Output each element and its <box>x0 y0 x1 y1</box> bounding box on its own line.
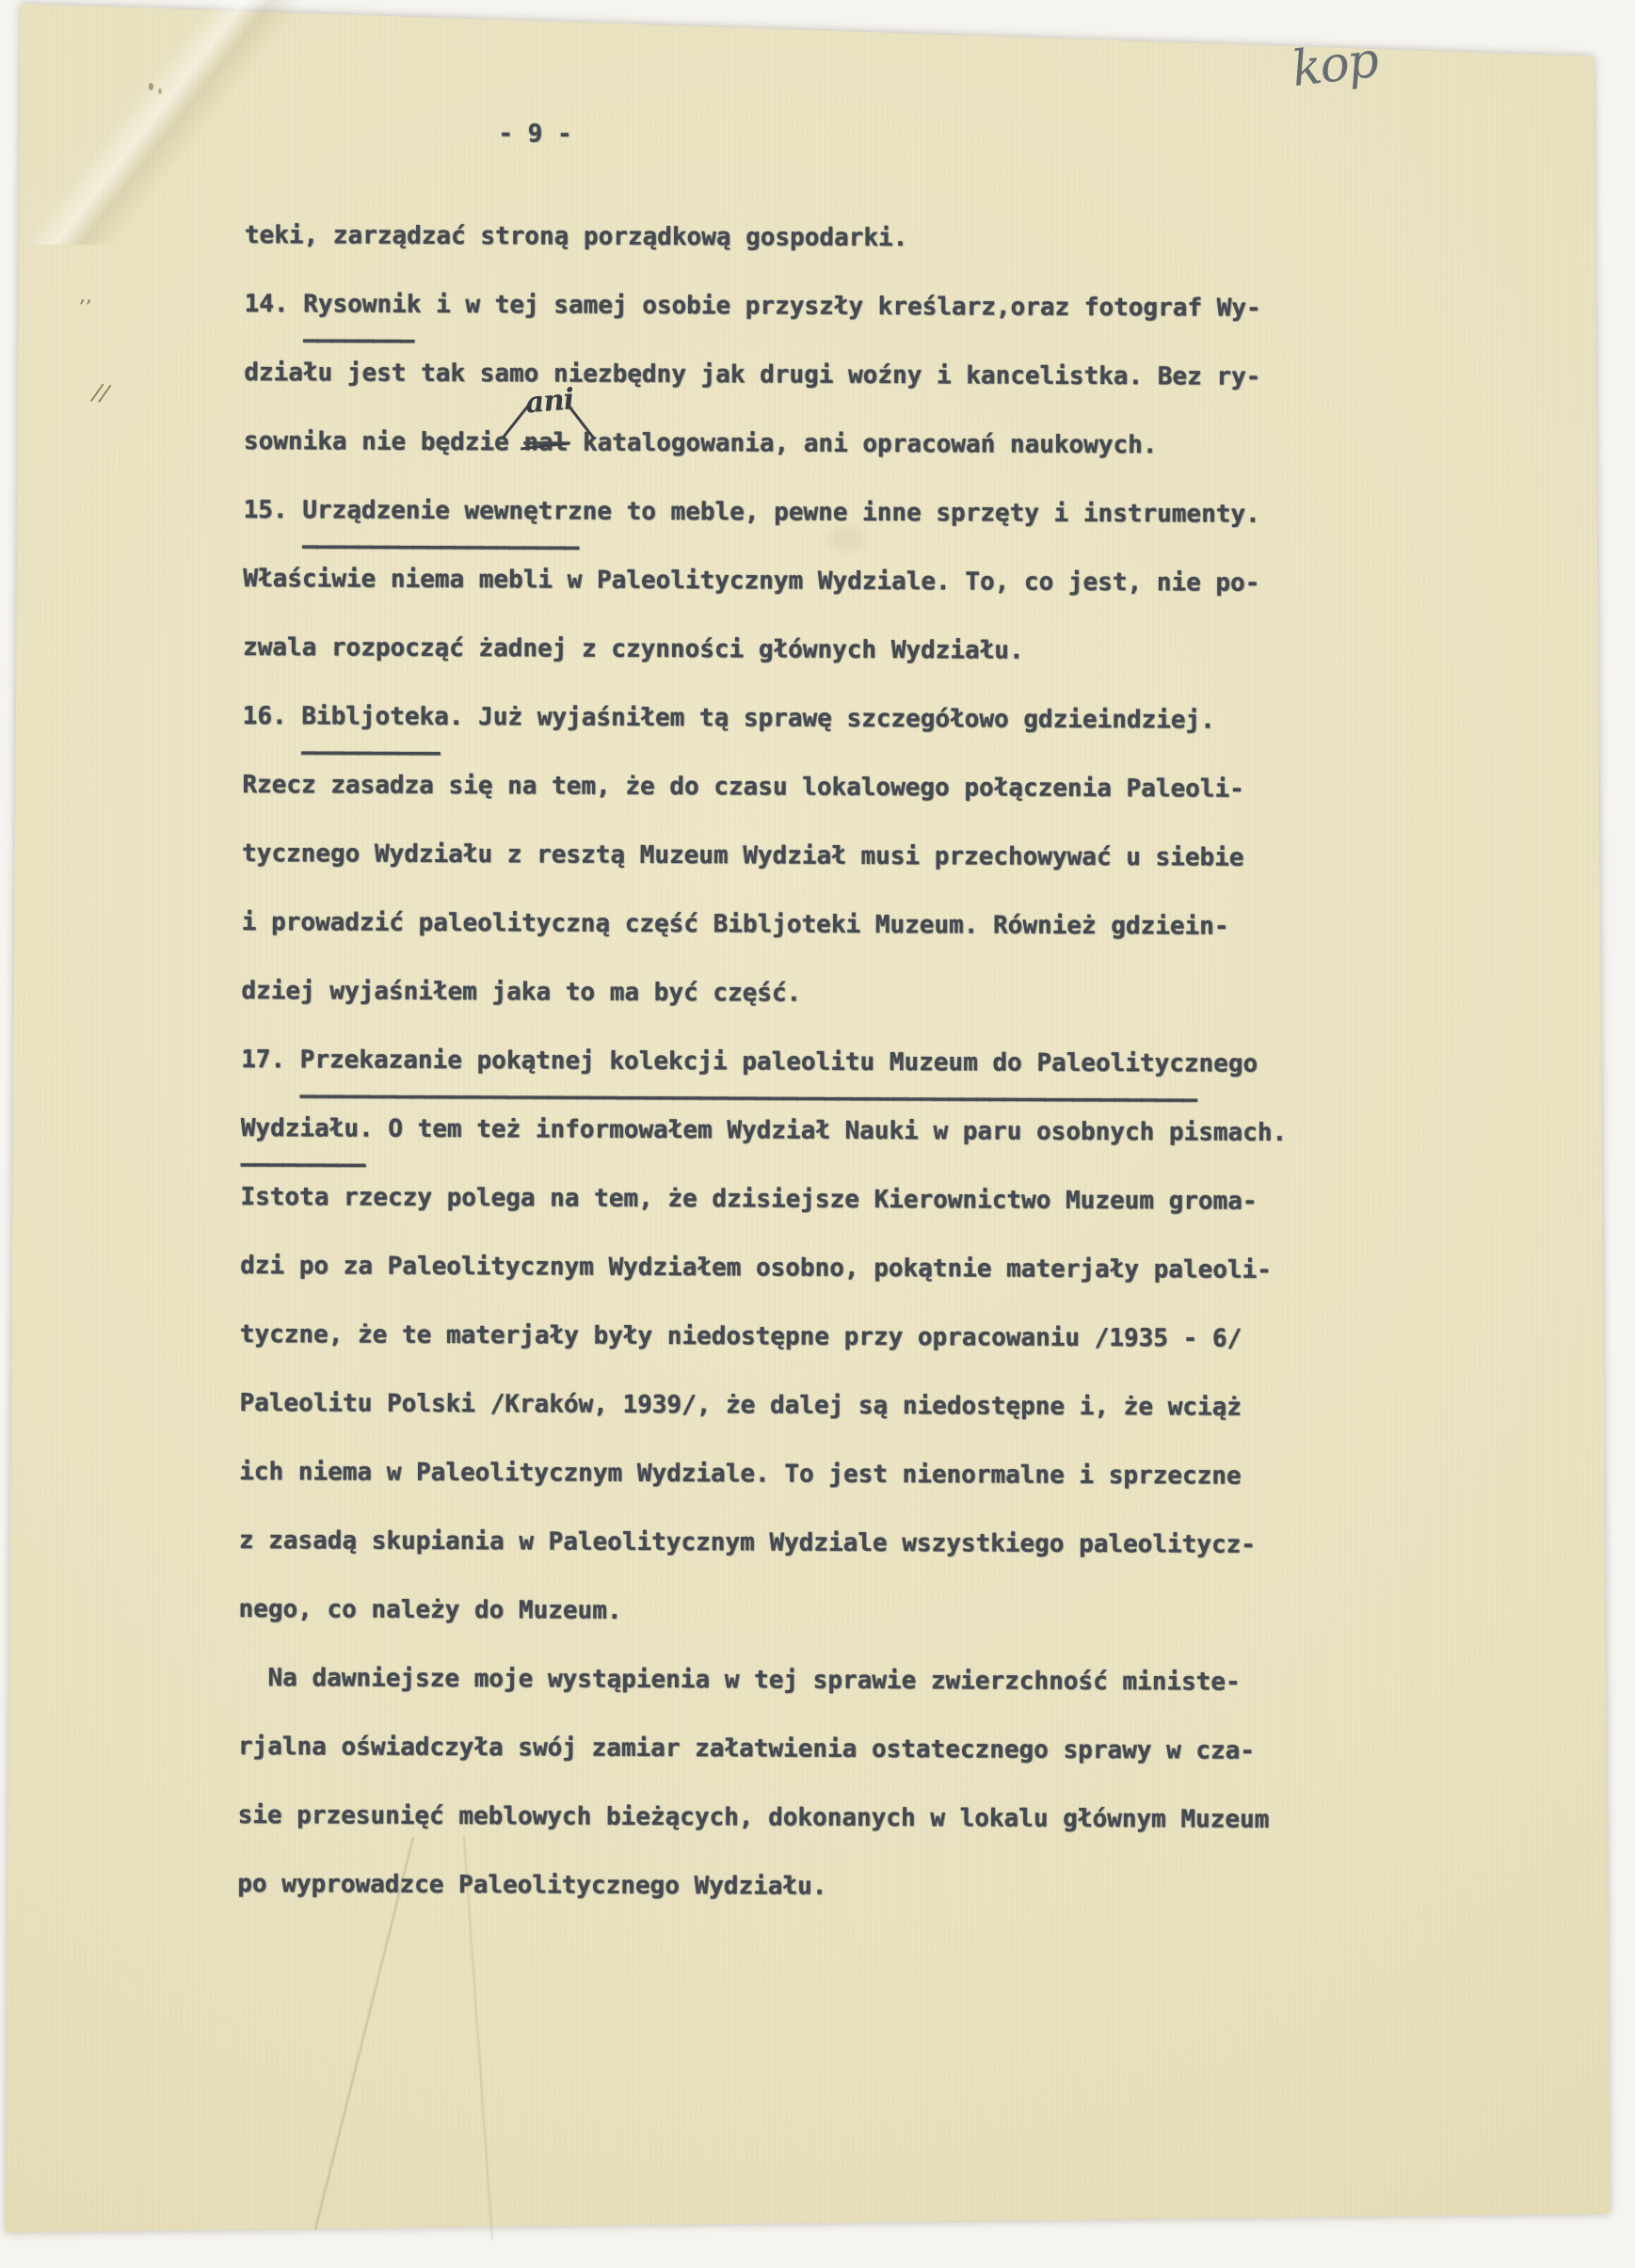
page-number: - 9 - <box>498 118 571 150</box>
typed-line-with-correction: sownika nie będzie nal katalogowania, an… <box>244 425 1158 461</box>
typed-dashed-underline: ———————— <box>303 324 413 357</box>
page-content: - 9 - kop ’’ // teki, zarządzać stroną p… <box>0 0 1635 2268</box>
handwritten-note-kop: kop <box>1290 32 1381 98</box>
typed-line: 16. Bibljoteka. Już wyjaśniłem tą sprawę… <box>243 700 1215 737</box>
scan-background: - 9 - kop ’’ // teki, zarządzać stroną p… <box>0 0 1635 2268</box>
typed-line: zwala rozpocząć żadnej z czynności główn… <box>243 631 1024 667</box>
typed-line: 14. Rysownik i w tej samej osobie przysz… <box>245 288 1261 325</box>
typed-dashed-underline: ————————————————————————————————————————… <box>299 1079 1196 1115</box>
typed-line: 17. Przekazanie pokątnej kolekcji paleol… <box>241 1044 1258 1080</box>
typed-line: Właściwie niema mebli w Paleolitycznym W… <box>243 563 1259 599</box>
margin-mark-quotes: ’’ <box>79 296 92 320</box>
typed-line: po wyprowadzce Paleolitycznego Wydziału. <box>237 1868 826 1903</box>
typed-line: tyczne, że te materjały były niedostępne… <box>240 1318 1242 1355</box>
typed-dashed-underline: ———————————————————— <box>302 530 578 563</box>
typed-line: rjalna oświadczyła swój zamiar załatwien… <box>238 1731 1255 1767</box>
typed-line: teki, zarządzać stroną porządkową gospod… <box>245 219 908 254</box>
struck-out-word: nal <box>523 426 568 458</box>
typed-line: sie przesunięć meblowych bieżących, doko… <box>238 1799 1270 1836</box>
margin-mark-slashes: // <box>91 378 110 407</box>
typed-line: i prowadzić paleolityczną część Bibljote… <box>242 906 1229 943</box>
typed-line: Rzecz zasadza się na tem, że do czasu lo… <box>242 769 1244 806</box>
typed-line: dziej wyjaśniłem jaka to ma być część. <box>241 975 801 1010</box>
typed-line: Wydziału. O tem też informowałem Wydział… <box>241 1112 1288 1149</box>
text-before-strike: sownika nie będzie <box>244 427 524 456</box>
typed-dashed-underline: —————————— <box>301 736 440 769</box>
typed-line: dzi po za Paleolitycznym Wydziałem osobn… <box>240 1250 1272 1286</box>
text-after-strike: katalogowania, ani opracowań naukowych. <box>568 429 1157 460</box>
typed-line: Na dawniejsze moje wystąpienia w tej spr… <box>267 1662 1240 1699</box>
typed-line: z zasadą skupiania w Paleolitycznym Wydz… <box>239 1525 1256 1561</box>
typed-line: Paleolitu Polski /Kraków, 1939/, że dale… <box>239 1387 1242 1424</box>
typed-line: ich niema w Paleolitycznym Wydziale. To … <box>239 1456 1242 1493</box>
typed-line: 15. Urządzenie wewnętrzne to meble, pewn… <box>244 494 1260 531</box>
typed-line: Istota rzeczy polega na tem, że dzisiejs… <box>240 1181 1257 1218</box>
typed-line: działu jest tak samo niezbędny jak drugi… <box>244 357 1260 393</box>
handwritten-insertion-ani: ani <box>524 383 575 419</box>
typed-line: nego, co należy do Muzeum. <box>238 1593 621 1627</box>
typed-dashed-underline: ————————— <box>241 1148 365 1181</box>
typed-line: tycznego Wydziału z resztą Muzeum Wydzia… <box>242 838 1244 874</box>
